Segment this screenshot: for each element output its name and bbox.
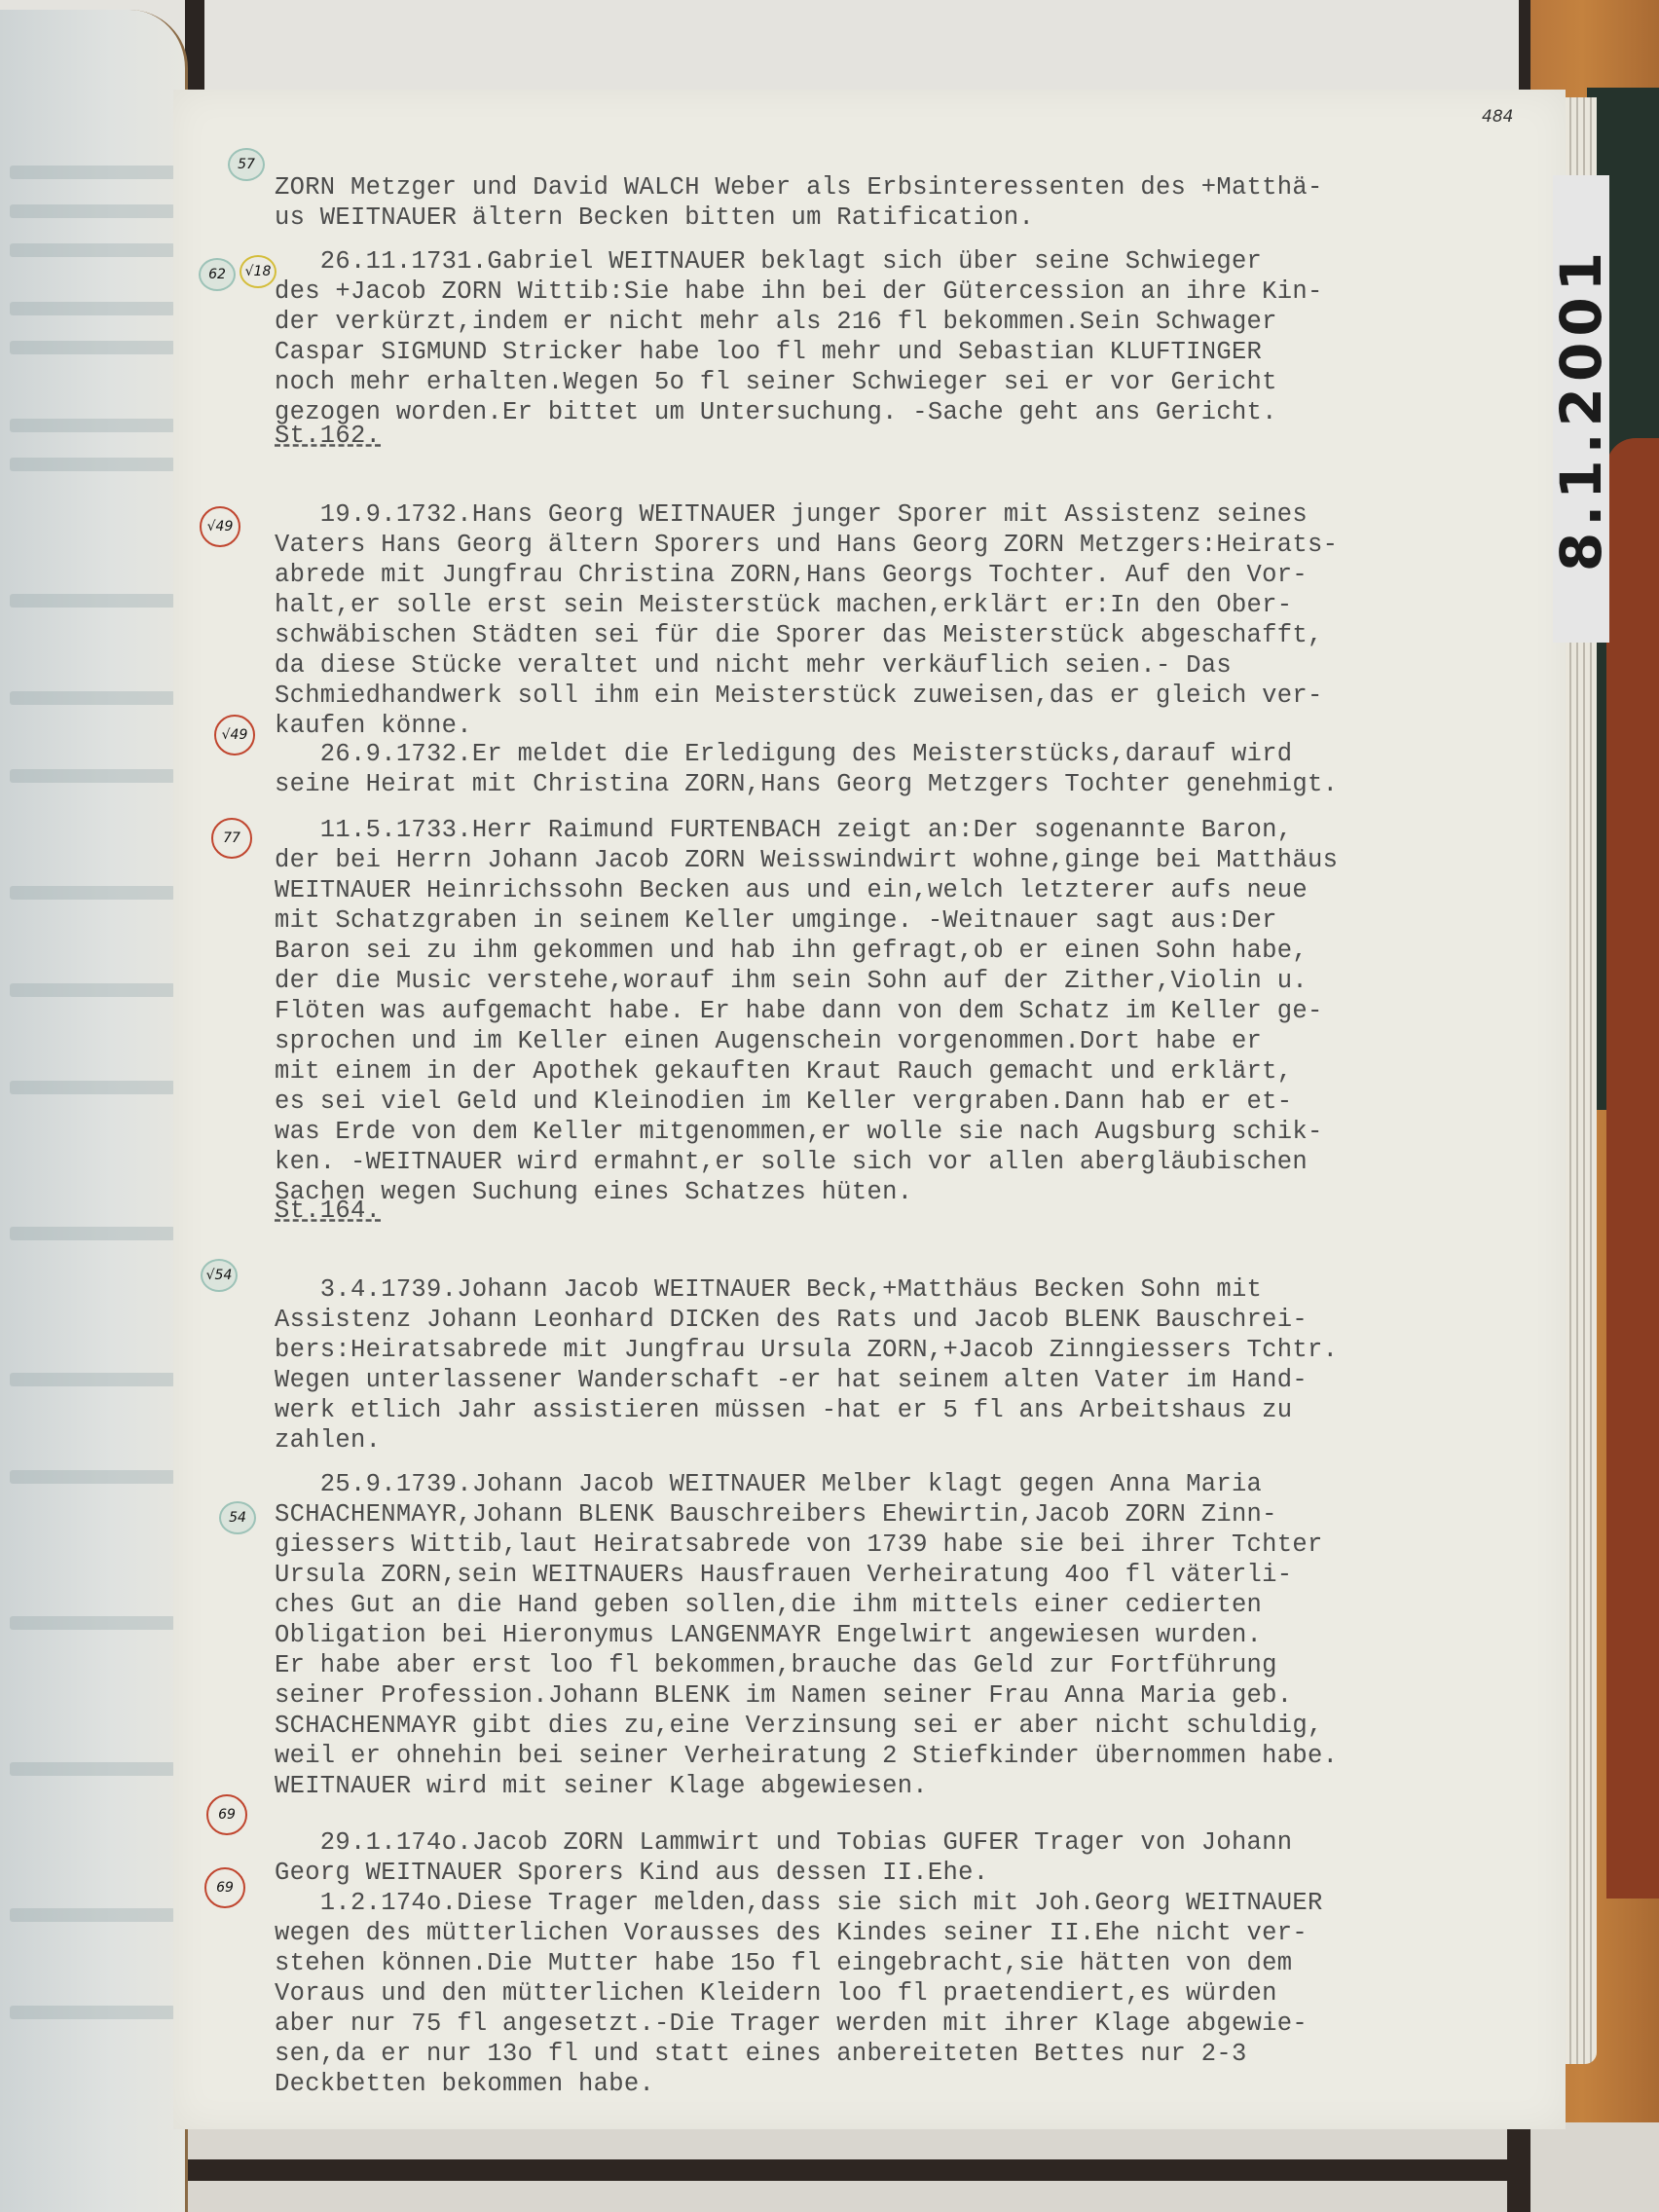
text-line: ches Gut an die Hand geben sollen,die ih… [275,1590,1560,1620]
text-line: mit Schatzgraben in seinem Keller umging… [275,905,1560,936]
text-line: ken. -WEITNAUER wird ermahnt,er solle si… [275,1147,1560,1177]
entry-1740-02-01: 1.2.174o.Diese Trager melden,dass sie si… [275,1858,1560,2129]
text-line: 1.2.174o.Diese Trager melden,dass sie si… [275,1888,1560,1918]
margin-marker: 77 [211,818,252,859]
text-line: giessers Wittib,laut Heiratsabrede von 1… [275,1530,1560,1560]
page-number: 484 [1482,107,1513,127]
text-line: es sei viel Geld und Kleinodien im Kelle… [275,1087,1560,1117]
text-line: Caspar SIGMUND Stricker habe loo fl mehr… [275,337,1560,367]
margin-marker: 69 [206,1794,247,1835]
margin-marker: √18 [240,255,276,288]
text-line: weil er ohnehin bei seiner Verheiratung … [275,1741,1560,1771]
margin-marker: √49 [200,506,240,547]
text-line: der verkürzt,indem er nicht mehr als 216… [275,307,1560,337]
text-line: Vaters Hans Georg ältern Sporers und Han… [275,530,1560,560]
text-line: sprochen und im Keller einen Augenschein… [275,1026,1560,1056]
text-line: Schmiedhandwerk soll ihm ein Meisterstüc… [275,681,1560,711]
text-line: was Erde von dem Keller mitgenommen,er w… [275,1117,1560,1147]
text-line: aber nur 75 fl angesetzt.-Die Trager wer… [275,2009,1560,2039]
text-line: Deckbetten bekommen habe. [275,2069,1560,2099]
text-line: schwäbischen Städten sei für die Sporer … [275,620,1560,650]
text-line: 25.9.1739.Johann Jacob WEITNAUER Melber … [275,1469,1560,1499]
text-line: Baron sei zu ihm gekommen und hab ihn ge… [275,936,1560,966]
text-line: Wegen unterlassener Wanderschaft -er hat… [275,1365,1560,1395]
margin-marker: 62 [199,258,236,291]
text-line: Assistenz Johann Leonhard DICKen des Rat… [275,1305,1560,1335]
entry-1739-09-25: 25.9.1739.Johann Jacob WEITNAUER Melber … [275,1439,1560,1831]
text-line: WEITNAUER Heinrichssohn Becken aus und e… [275,875,1560,905]
text-line: Obligation bei Hieronymus LANGENMAYR Eng… [275,1620,1560,1650]
text-line: mit einem in der Apothek gekauften Kraut… [275,1056,1560,1087]
text-line: stehen können.Die Mutter habe 15o fl ein… [275,1948,1560,1978]
text-line: da diese Stücke veraltet und nicht mehr … [275,650,1560,681]
margin-marker: 69 [204,1867,245,1908]
text-line: 26.9.1732.Er meldet die Erledigung des M… [275,739,1560,769]
text-line: der die Music verstehe,worauf ihm sein S… [275,966,1560,996]
table-rail [185,0,204,92]
text-line: SCHACHENMAYR,Johann BLENK Bauschreibers … [275,1499,1560,1530]
margin-marker: √49 [214,715,255,756]
left-facing-page [0,10,188,2212]
desk-background-top [0,0,1659,92]
text-line: werk etlich Jahr assistieren müssen -hat… [275,1395,1560,1425]
book-cover-red [1606,438,1659,1899]
margin-marker: √54 [201,1259,238,1292]
section-heading-st164: St.164. [275,1196,1560,1226]
text-line: 19.9.1732.Hans Georg WEITNAUER junger Sp… [275,499,1560,530]
text-line: abrede mit Jungfrau Christina ZORN,Hans … [275,560,1560,590]
text-line: des +Jacob ZORN Wittib:Sie habe ihn bei … [275,276,1560,307]
text-line: halt,er solle erst sein Meisterstück mac… [275,590,1560,620]
text-line: der bei Herrn Johann Jacob ZORN Weisswin… [275,845,1560,875]
text-line: 26.11.1731.Gabriel WEITNAUER beklagt sic… [275,246,1560,276]
table-post [1507,2122,1530,2212]
section-heading-st162: St.162. [275,421,1560,451]
entry-1733-05-11: 11.5.1733.Herr Raimund FURTENBACH zeigt … [275,785,1560,1237]
text-line: 29.1.174o.Jacob ZORN Lammwirt und Tobias… [275,1827,1560,1858]
text-line: Voraus und den mütterlichen Kleidern loo… [275,1978,1560,2009]
text-line: bers:Heiratsabrede mit Jungfrau Ursula Z… [275,1335,1560,1365]
text-line: 3.4.1739.Johann Jacob WEITNAUER Beck,+Ma… [275,1274,1560,1305]
text-line: wegen des mütterlichen Vorausses des Kin… [275,1918,1560,1948]
text-line: SCHACHENMAYR gibt dies zu,eine Verzinsun… [275,1711,1560,1741]
text-line: 11.5.1733.Herr Raimund FURTENBACH zeigt … [275,815,1560,845]
date-stamp: 8.1.2001 [1553,175,1609,643]
table-rail-bottom [0,2159,1519,2181]
text-line: Er habe aber erst loo fl bekommen,brauch… [275,1650,1560,1680]
text-line: Flöten was aufgemacht habe. Er habe dann… [275,996,1560,1026]
text-line: noch mehr erhalten.Wegen 5o fl seiner Sc… [275,367,1560,397]
margin-marker: 57 [228,148,265,181]
text-line: ZORN Metzger und David WALCH Weber als E… [275,172,1560,203]
text-line: Ursula ZORN,sein WEITNAUERs Hausfrauen V… [275,1560,1560,1590]
text-line: seiner Profession.Johann BLENK im Namen … [275,1680,1560,1711]
margin-marker: 54 [219,1501,256,1534]
text-line: sen,da er nur 13o fl und statt eines anb… [275,2039,1560,2069]
